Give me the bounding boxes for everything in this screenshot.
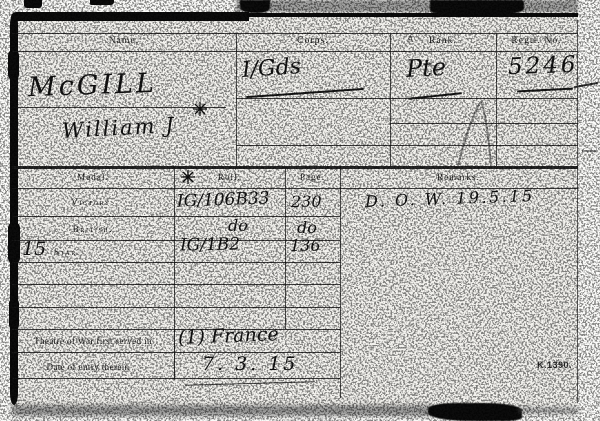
rule (390, 123, 578, 124)
name-column-header: Name. (12, 36, 236, 46)
rank-column-header: Rank. (390, 36, 496, 46)
column-divider (174, 329, 175, 379)
rule (12, 216, 340, 217)
rule (12, 307, 340, 308)
form-code: K.1390. (537, 360, 572, 370)
scan-artifact (582, 150, 596, 152)
rule (236, 98, 578, 99)
medal-row-british-page: do (297, 220, 317, 236)
medal-column-header: Medal. (12, 172, 174, 182)
pencil-a-mark: A (407, 35, 414, 45)
column-divider (340, 166, 341, 398)
rule (12, 51, 578, 52)
theatre-of-war-handwritten: (1) France (178, 325, 279, 348)
scan-artifact (90, 0, 114, 5)
rule (12, 262, 340, 263)
rule (236, 145, 578, 146)
card-top-border (11, 12, 249, 21)
date-of-entry-handwritten: 7. 3. 15 (202, 355, 299, 374)
page-column-header: Page. (285, 172, 340, 182)
forename-handwritten: William J (62, 115, 177, 142)
medal-row-victory-label: Victory. (12, 197, 174, 207)
card-left-border (9, 298, 19, 330)
rule (12, 284, 340, 285)
roll-column-header: Roll. (174, 172, 285, 182)
theatre-of-war-label: Theatre of War first served in (14, 336, 172, 346)
remarks-column-header: Remarks. (340, 172, 577, 182)
rule (12, 329, 340, 330)
card-top-border (245, 13, 578, 17)
rank-handwritten: Pte (405, 55, 446, 81)
column-divider (285, 166, 286, 329)
scanned-medal-index-card: Name. Corps. Rank. Regtl. No. A McGILL W… (0, 0, 600, 421)
scan-artifact (518, 407, 578, 414)
regtl-no-handwritten: 5246 (508, 54, 579, 79)
rule (12, 33, 578, 34)
corps-column-header: Corps. (236, 36, 390, 46)
surname-handwritten: McGILL (28, 70, 158, 101)
medal-row-star-page: 136 (290, 238, 321, 254)
regtl-no-column-header: Regtl. No. (496, 36, 577, 46)
rule (14, 107, 226, 108)
scan-artifact (24, 0, 42, 8)
card-left-border (8, 50, 19, 80)
medal-row-star-prefix: 15 (22, 240, 46, 259)
medal-row-star-label: Star. (54, 247, 81, 257)
medal-row-victory-roll: IG/106B33 (177, 190, 270, 210)
rule (12, 378, 340, 379)
medal-row-victory-page: 230 (291, 194, 322, 210)
scan-artifact (12, 405, 432, 416)
date-of-entry-label: Date of entry therein (14, 362, 162, 372)
medal-row-british-label: British. (12, 224, 174, 234)
medal-row-star-roll: IG/1B2 (180, 236, 240, 254)
scan-artifact (236, 0, 578, 12)
scan-artifact (428, 403, 522, 421)
corps-handwritten: I/Gds (241, 56, 301, 82)
rule (12, 166, 578, 169)
medal-row-british-roll: do (228, 218, 248, 234)
